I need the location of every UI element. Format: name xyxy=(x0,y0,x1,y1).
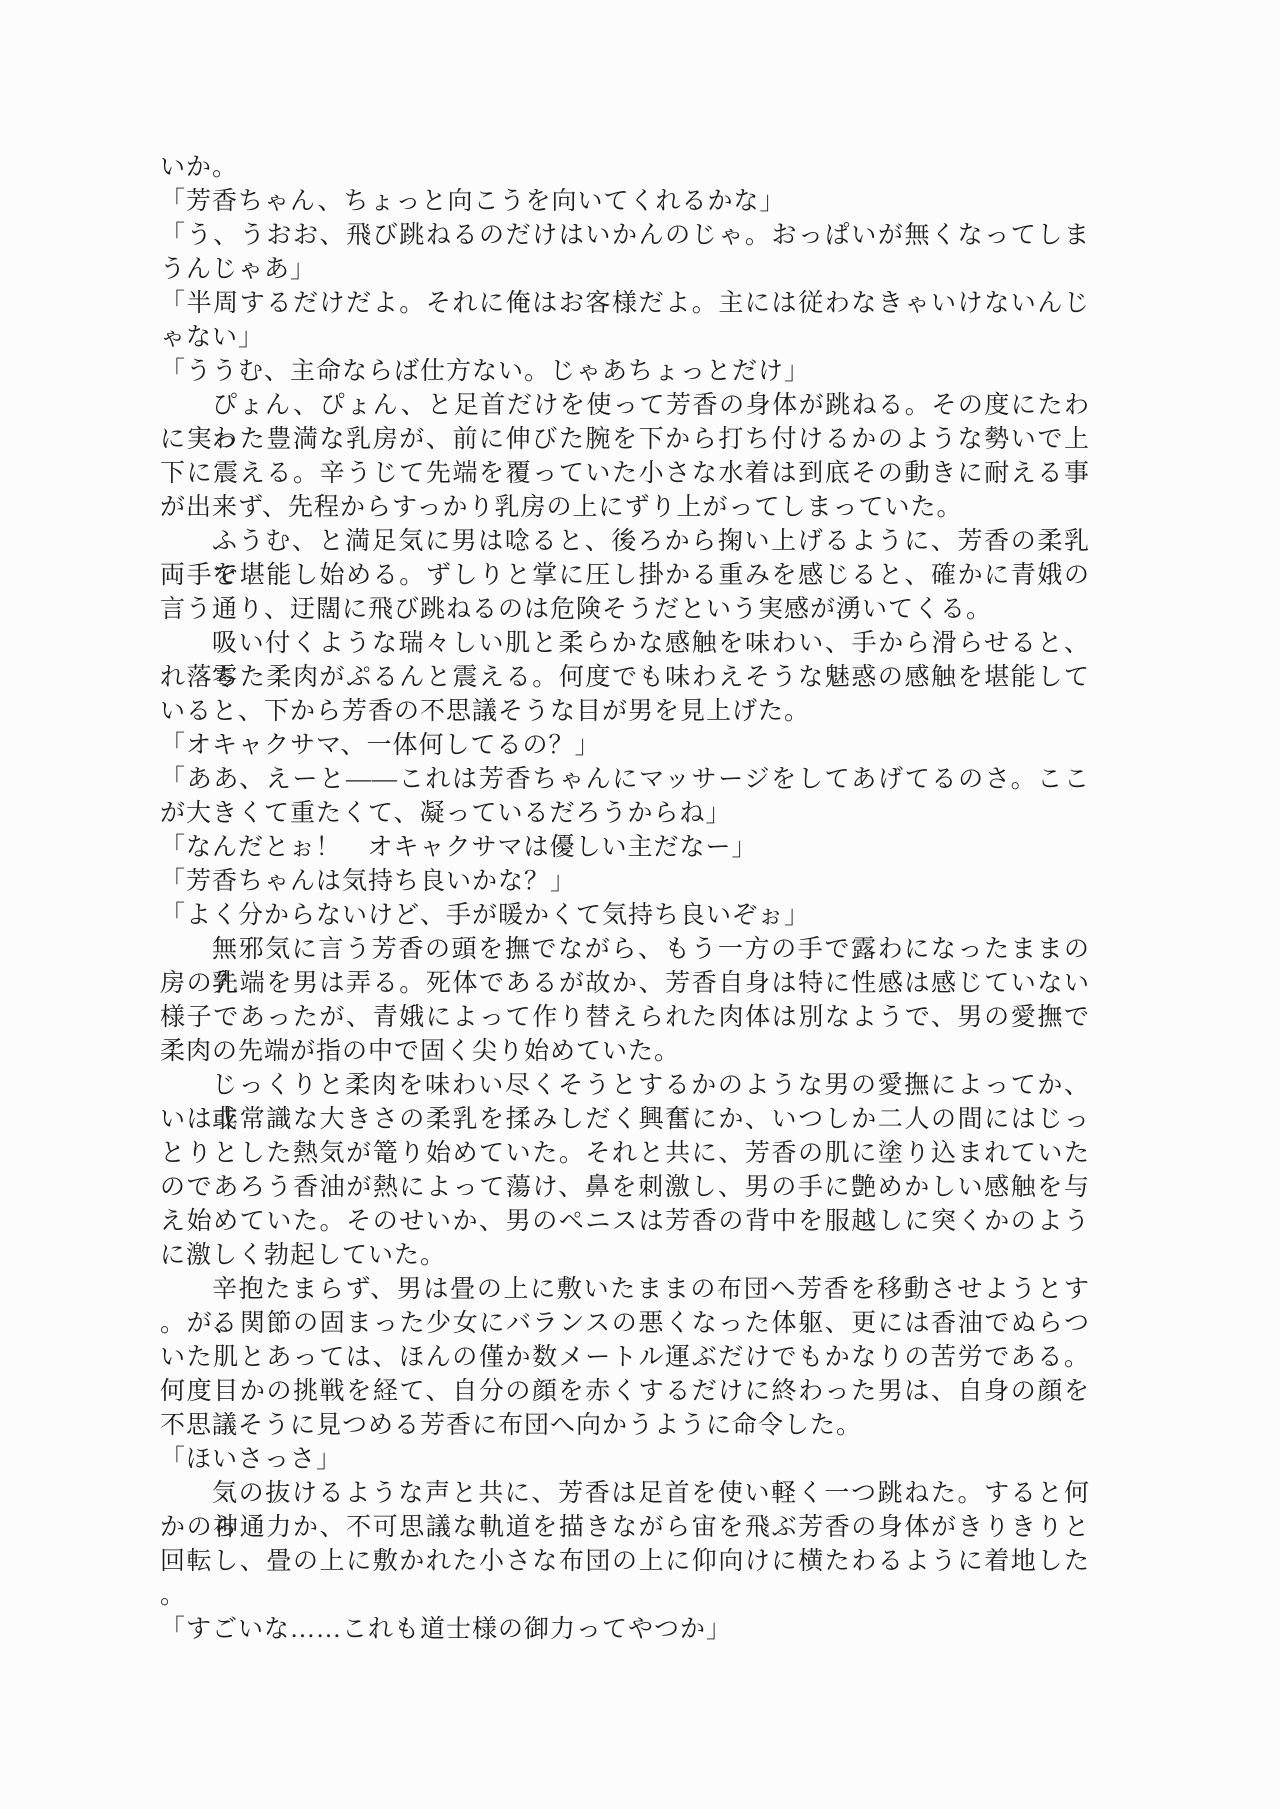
text-line: が大きくて重たくて、凝っているだろうからね」 xyxy=(160,797,1090,831)
text-line: いると、下から芳香の不思議そうな目が男を見上げた。 xyxy=(160,695,1090,729)
text-line: 「オキャクサマ、一体何してるの？」 xyxy=(160,729,1090,763)
text-line: え始めていた。そのせいか、男のペニスは芳香の背中を服越しに突くかのよう xyxy=(160,1205,1090,1239)
text-line: 不思議そうに見つめる芳香に布団へ向かうように命令した。 xyxy=(160,1409,1090,1443)
text-line: 「すごいな……これも道士様の御力ってやつか」 xyxy=(160,1613,1090,1647)
text-line: 「ううむ、主命ならば仕方ない。じゃあちょっとだけ」 xyxy=(160,355,1090,389)
text-line: 「ああ、えーと――これは芳香ちゃんにマッサージをしてあげてるのさ。ここ xyxy=(160,763,1090,797)
text-line: 回転し、畳の上に敷かれた小さな布団の上に仰向けに横たわるように着地した xyxy=(160,1545,1090,1579)
text-line: 「半周するだけだよ。それに俺はお客様だよ。主には従わなきゃいけないんじ xyxy=(160,287,1090,321)
text-line: 柔肉の先端が指の中で固く尖り始めていた。 xyxy=(160,1035,1090,1069)
text-line: に激しく勃起していた。 xyxy=(160,1239,1090,1273)
text-line: 無邪気に言う芳香の頭を撫でながら、もう一方の手で露わになったままの乳 xyxy=(160,933,1090,967)
text-line: 「ほいさっさ」 xyxy=(160,1443,1090,1477)
text-line: いた肌とあっては、ほんの僅か数メートル運ぶだけでもかなりの苦労である。 xyxy=(160,1341,1090,1375)
text-line: 「芳香ちゃんは気持ち良いかな？」 xyxy=(160,865,1090,899)
text-line: ふうむ、と満足気に男は唸ると、後ろから掬い上げるように、芳香の柔乳を xyxy=(160,525,1090,559)
text-line: じっくりと柔肉を味わい尽くそうとするかのような男の愛撫によってか、或 xyxy=(160,1069,1090,1103)
text-line: 「う、うおお、飛び跳ねるのだけはいかんのじゃ。おっぱいが無くなってしま xyxy=(160,219,1090,253)
text-line: うんじゃあ」 xyxy=(160,253,1090,287)
text-line: 「芳香ちゃん、ちょっと向こうを向いてくれるかな」 xyxy=(160,185,1090,219)
text-line: 両手で堪能し始める。ずしりと掌に圧し掛かる重みを感じると、確かに青娥の xyxy=(160,559,1090,593)
text-line: れ落ちた柔肉がぷるんと震える。何度でも味わえそうな魅惑の感触を堪能して xyxy=(160,661,1090,695)
text-line: 辛抱たまらず、男は畳の上に敷いたままの布団へ芳香を移動させようとする xyxy=(160,1273,1090,1307)
text-line: に実った豊満な乳房が、前に伸びた腕を下から打ち付けるかのような勢いで上 xyxy=(160,423,1090,457)
text-line: 何度目かの挑戦を経て、自分の顔を赤くするだけに終わった男は、自身の顔を xyxy=(160,1375,1090,1409)
text-line: 吸い付くような瑞々しい肌と柔らかな感触を味わい、手から滑らせると、零 xyxy=(160,627,1090,661)
text-line: ぴょん、ぴょん、と足首だけを使って芳香の身体が跳ねる。その度にたわわ xyxy=(160,389,1090,423)
text-line: 「よく分からないけど、手が暖かくて気持ち良いぞぉ」 xyxy=(160,899,1090,933)
text-line: 房の先端を男は弄る。死体であるが故か、芳香自身は特に性感は感じていない xyxy=(160,967,1090,1001)
page: いか。 「芳香ちゃん、ちょっと向こうを向いてくれるかな」 「う、うおお、飛び跳ね… xyxy=(0,0,1280,1809)
text-line: とりとした熱気が篭り始めていた。それと共に、芳香の肌に塗り込まれていた xyxy=(160,1137,1090,1171)
text-line: 。 xyxy=(160,1579,1090,1613)
text-line: かの神通力か、不可思議な軌道を描きながら宙を飛ぶ芳香の身体がきりきりと xyxy=(160,1511,1090,1545)
text-line: 。が、関節の固まった少女にバランスの悪くなった体躯、更には香油でぬらつ xyxy=(160,1307,1090,1341)
text-line: ゃない」 xyxy=(160,321,1090,355)
text-line: いか。 xyxy=(160,151,1090,185)
text-line: 言う通り、迂闊に飛び跳ねるのは危険そうだという実感が湧いてくる。 xyxy=(160,593,1090,627)
text-line: のであろう香油が熱によって蕩け、鼻を刺激し、男の手に艶めかしい感触を与 xyxy=(160,1171,1090,1205)
text-line: 「なんだとぉ！ オキャクサマは優しい主だなー」 xyxy=(160,831,1090,865)
text-column: いか。 「芳香ちゃん、ちょっと向こうを向いてくれるかな」 「う、うおお、飛び跳ね… xyxy=(160,151,1090,1647)
text-line: が出来ず、先程からすっかり乳房の上にずり上がってしまっていた。 xyxy=(160,491,1090,525)
text-line: 様子であったが、青娥によって作り替えられた肉体は別なようで、男の愛撫で xyxy=(160,1001,1090,1035)
text-line: いは非常識な大きさの柔乳を揉みしだく興奮にか、いつしか二人の間にはじっ xyxy=(160,1103,1090,1137)
text-line: 下に震える。辛うじて先端を覆っていた小さな水着は到底その動きに耐える事 xyxy=(160,457,1090,491)
text-line: 気の抜けるような声と共に、芳香は足首を使い軽く一つ跳ねた。すると何ら xyxy=(160,1477,1090,1511)
